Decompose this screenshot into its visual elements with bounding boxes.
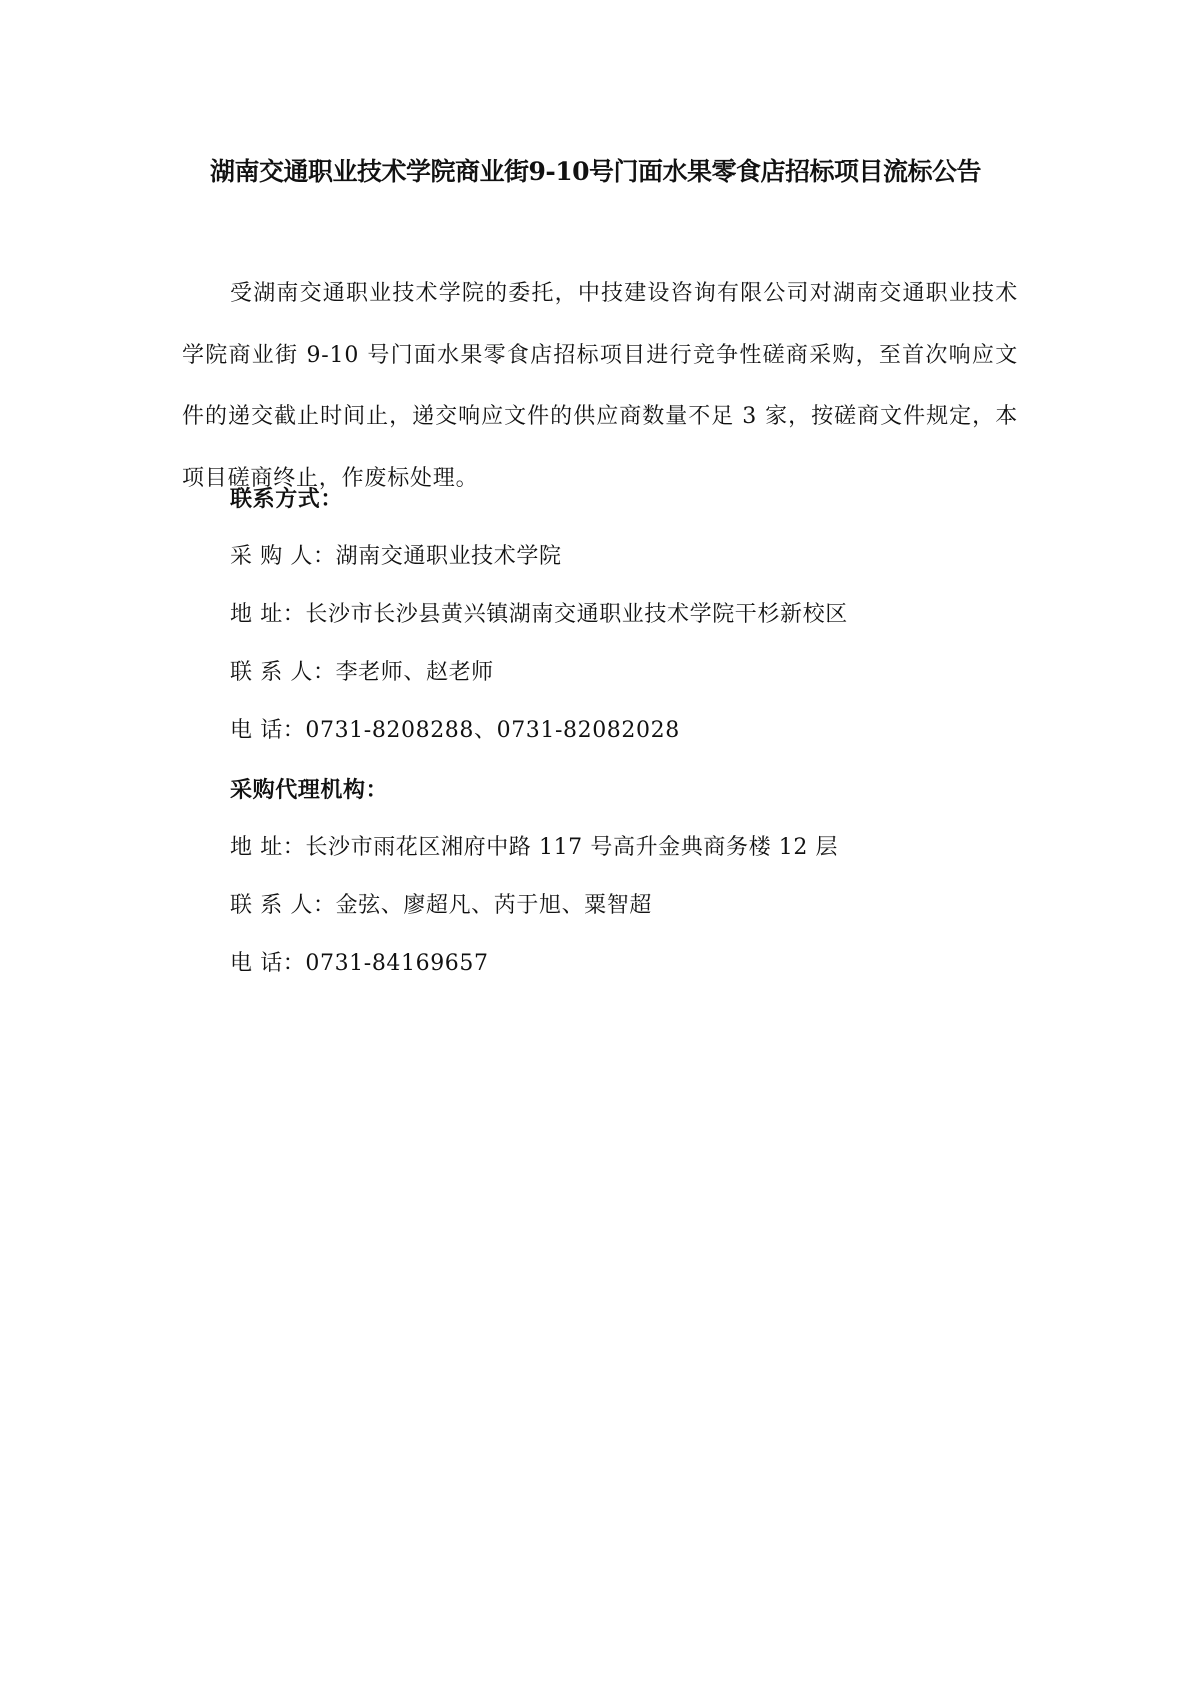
announcement-body: 受湖南交通职业技术学院的委托，中技建设咨询有限公司对湖南交通职业技术学院商业街 … [182,263,1018,509]
agency-contact: 联 系 人：金弦、廖超凡、芮于旭、粟智超 [230,890,652,922]
document-title: 湖南交通职业技术学院商业街9-10号门面水果零食店招标项目流标公告 [0,152,1191,192]
agency-heading: 采购代理机构： [230,774,388,806]
agency-address: 地 址：长沙市雨花区湘府中路 117 号高升金典商务楼 12 层 [230,832,838,864]
purchaser-contact: 联 系 人：李老师、赵老师 [230,657,494,689]
document-page: 湖南交通职业技术学院商业街9-10号门面水果零食店招标项目流标公告 受湖南交通职… [0,0,1191,1684]
purchaser-phone: 电 话：0731-8208288、0731-82082028 [230,715,680,747]
agency-phone: 电 话：0731-84169657 [230,948,489,980]
purchaser-address: 地 址：长沙市长沙县黄兴镇湖南交通职业技术学院干杉新校区 [230,599,848,631]
contact-heading: 联系方式： [230,483,343,515]
purchaser-name: 采 购 人：湖南交通职业技术学院 [230,541,562,573]
